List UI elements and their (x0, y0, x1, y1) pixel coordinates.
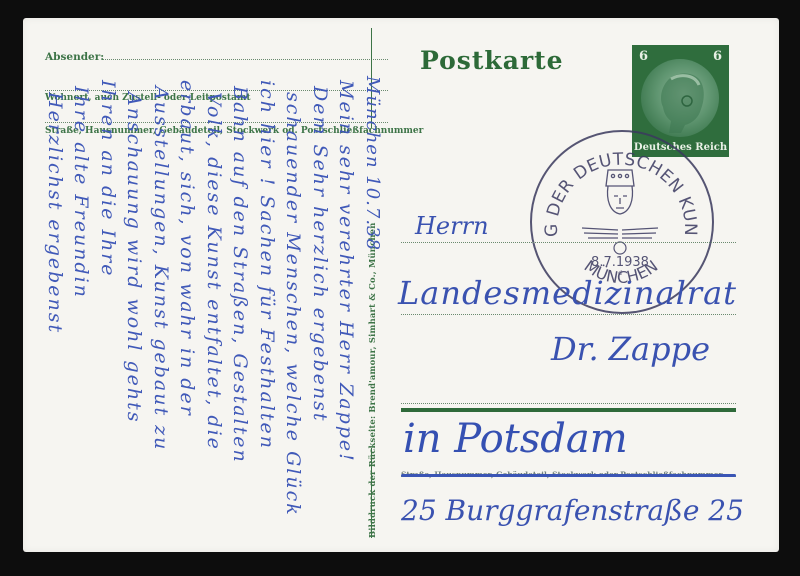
message-line: Ihre alte Freundin (70, 86, 92, 299)
address-recipient-title: Landesmedizinalrat (398, 274, 737, 312)
message-line: Volk, diese Kunst entfaltet, die (203, 92, 225, 451)
address-city-rule (401, 408, 736, 412)
message-line: Ausstellungen, Kunst gebaut zu (150, 86, 172, 451)
message-line: schauender Menschen, welche Glück (282, 92, 304, 517)
sender-line (103, 59, 388, 60)
postcard: Absender: Wohnort, auch Zustell- oder Le… (23, 18, 779, 552)
strikethrough-mark (401, 474, 736, 477)
message-line: Herzlichst ergebenst (44, 92, 66, 334)
address-city: in Potsdam (403, 416, 628, 462)
message-line: Mein sehr verehrter Herr Zappe! (335, 80, 357, 463)
address-street: 25 Burggrafenstraße 25 (401, 494, 744, 527)
message-date: München 10.7.38 (362, 76, 383, 251)
address-line (401, 242, 736, 243)
printer-imprint: Bilddruck der Rückseite: Brend'amour, Si… (367, 223, 377, 538)
address-salutation: Herrn (415, 212, 489, 240)
message-line: Ihren an die Ihre (97, 80, 119, 278)
message-line: Anschauung wird wohl gehts (123, 92, 145, 424)
imprint-rule (371, 448, 372, 538)
sender-label: Absender: (45, 51, 104, 63)
message-line: ich hier ! Sachen für Festhalten (256, 80, 278, 450)
portrait-medallion-icon (641, 59, 719, 137)
svg-text:TAG DER DEUTSCHEN KUNST: TAG DER DEUTSCHEN KUNST (530, 130, 700, 237)
address-line (401, 314, 736, 315)
message-line: Bahn auf den Straßen, Gestalten (229, 86, 251, 464)
postmark-arc-text: TAG DER DEUTSCHEN KUNST (530, 130, 700, 237)
message-line: Dem Sehr herzlich ergebenst (309, 86, 331, 423)
address-line (401, 403, 736, 404)
postmark-date: 8.7.1938 (591, 255, 649, 270)
address-recipient-name: Dr. Zappe (551, 330, 710, 368)
card-title: Postkarte (420, 46, 564, 75)
message-line: erbaut, sich, von wahr in der (176, 80, 198, 417)
